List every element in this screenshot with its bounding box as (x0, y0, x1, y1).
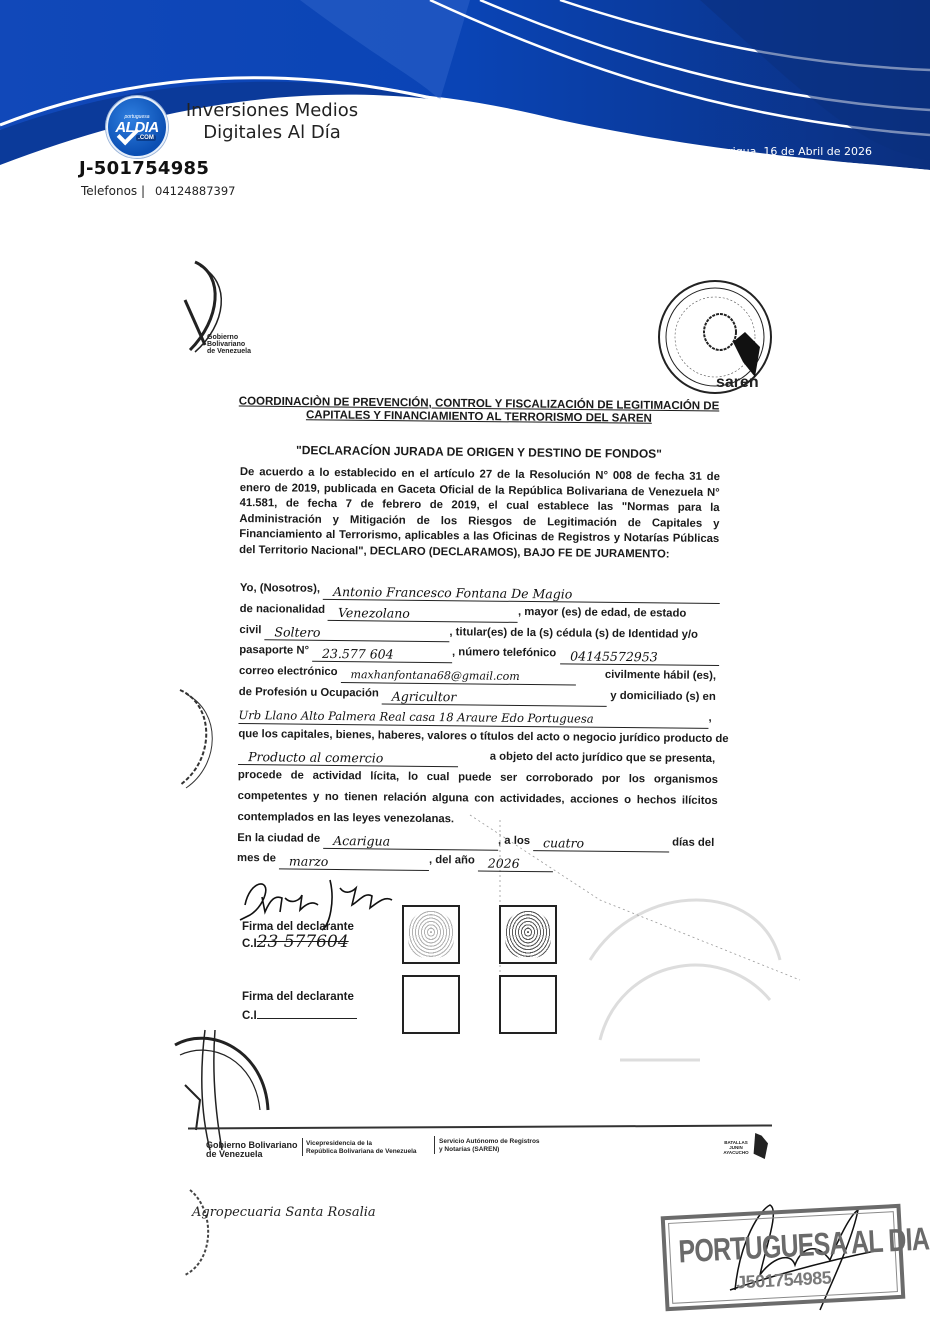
fingerprint-box-4 (499, 975, 557, 1034)
side-seal-middle (180, 690, 212, 788)
fingerprint-box-3 (402, 975, 460, 1034)
seal-bottom-left (175, 1030, 268, 1150)
fingerprint-box-2 (499, 905, 557, 964)
fingerprint-1 (408, 911, 454, 958)
publisher-stamp: PORTUGUESA AL DIA J501754985 (661, 1204, 906, 1311)
gov-logo-text-top: Gobierno Bolivariano de Venezuela (207, 334, 251, 355)
licit-activity-text: procede de actividad lícita, lo cual pue… (237, 765, 718, 832)
day-field[interactable]: cuatro (533, 834, 669, 852)
phone-field[interactable]: 04145572953 (560, 648, 719, 667)
saren-brand: saren (716, 374, 759, 392)
year-field[interactable]: 2026 (478, 855, 553, 873)
saren-watermark (590, 900, 780, 1060)
bicentenario-logo: BATALLAS JUNIN AYACUCHO (722, 1140, 750, 1155)
ci-1: C.I23 577604 (242, 932, 349, 952)
marital-status-field[interactable]: Soltero (264, 624, 449, 643)
bicentenario-emblem-icon (752, 1133, 768, 1159)
handwritten-note: Agropecuaria Santa Rosalia (192, 1205, 376, 1220)
fingerprint-2 (505, 911, 551, 958)
document-title: COORDINACIÒN DE PREVENCIÓN, CONTROL Y FI… (236, 395, 722, 426)
city-field[interactable]: Acarigua (323, 832, 498, 851)
id-number-field[interactable]: 23.577 604 (312, 645, 452, 663)
occupation-field[interactable]: Agricultor (382, 687, 607, 706)
signature-label-2: Firma del declarante (242, 991, 354, 1003)
nationality-field[interactable]: Venezolano (328, 604, 518, 623)
ci-2: C.I (242, 1006, 357, 1022)
footer-gov: Gobierno Bolivariano de Venezuela (206, 1141, 298, 1159)
declaration-form: Yo, (Nosotros), Antonio Francesco Fontan… (237, 578, 720, 874)
legal-intro-paragraph: De acuerdo a lo establecido en el artícu… (239, 465, 720, 563)
month-field[interactable]: marzo (279, 853, 429, 872)
document-subtitle: "DECLARACÍON JURADA DE ORIGEN Y DESTINO … (236, 442, 722, 461)
footer-divider (188, 1124, 772, 1129)
seal-arc-bottom (185, 1190, 208, 1275)
footer-saren: Servicio Autónomo de Registros y Notaría… (439, 1138, 540, 1153)
footer-vicepresidencia: Vicepresidencia de la República Bolivari… (306, 1140, 417, 1155)
ci-1-value: 23 577604 (257, 932, 349, 952)
fingerprint-box-1 (402, 905, 460, 964)
scanned-declaration: Gobierno Bolivariano de Venezuela saren … (0, 0, 930, 1333)
